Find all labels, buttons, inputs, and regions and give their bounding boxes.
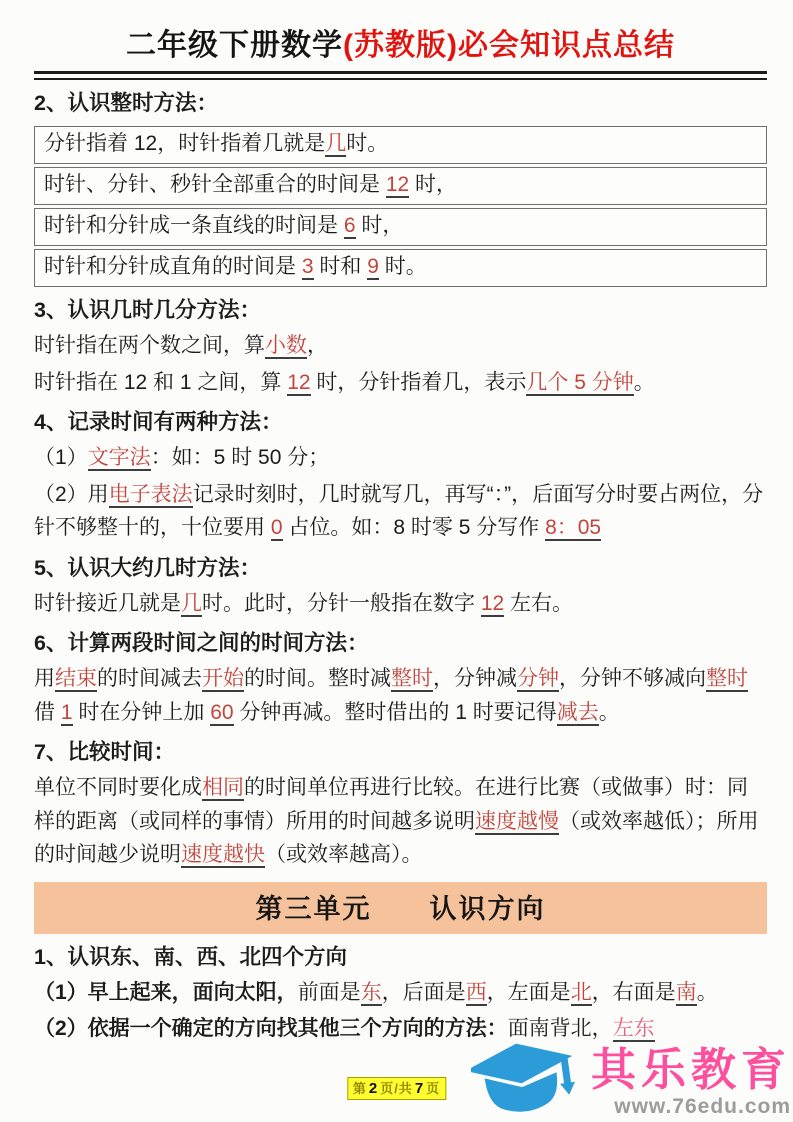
text-segment: 。 [697,981,718,1004]
table-row: 时针和分针成直角的时间是 3 时和 9 时。 [34,249,767,287]
logo-brand-name: 其乐教育 [591,1045,791,1095]
paragraph: 时针接近几就是几时。此时，分针一般指在数字 12 左右。 [34,587,767,621]
highlighted-term: 分钟 [517,667,559,692]
section-heading: 7、比较时间： [34,737,767,768]
highlighted-term: 速度越慢 [475,810,559,835]
text-segment: （或效率越高）。 [265,843,423,866]
text-segment: ，分钟减 [433,667,517,690]
logo-text: 其乐教育 www.76edu.com [591,1045,791,1120]
page-title: 二年级下册数学(苏教版)必会知识点总结 [34,26,767,66]
badge-suffix: 页 [426,1081,440,1096]
page-number-badge: 第2页/共7页 [347,1077,446,1100]
highlighted-term: 小数 [265,334,307,359]
highlighted-term: 0 [271,516,283,541]
highlighted-term: 12 [481,592,504,617]
highlighted-term: 12 [287,371,310,396]
table-row: 时针、分针、秒针全部重合的时间是 12 时， [34,167,767,205]
highlighted-term: 南 [676,981,697,1006]
paragraph: 时针指在 12 和 1 之间，算 12 时，分针指着几，表示几个 5 分钟。 [34,366,767,400]
highlighted-term: 开始 [202,667,244,692]
text-segment: ：如：5 时 50 分； [151,446,330,469]
badge-prefix: 第 [353,1081,367,1096]
text-segment: （1）早上起来，面向太阳， [34,981,298,1004]
highlighted-term: 8：05 [545,516,601,541]
paragraph: 单位不同时要化成相同的时间单位再进行比较。在进行比赛（或做事）时：同样的距离（或… [34,771,767,872]
text-segment: 时针接近几就是 [34,592,181,615]
highlighted-term: 电子表法 [109,483,193,508]
watermark-logo: 其乐教育 www.76edu.com [471,1036,791,1120]
highlighted-term: 结束 [55,667,97,692]
text-segment: 时。此时，分针一般指在数字 [202,592,481,615]
highlighted-term: 9 [367,255,379,280]
highlighted-term: 北 [571,981,592,1006]
highlighted-term: 相同 [202,776,244,801]
section-heading: 6、计算两段时间之间的时间方法： [34,628,767,659]
highlighted-term: 几个 5 分钟 [526,371,633,396]
text-segment: 时针指在 12 和 1 之间，算 [34,371,287,394]
highlighted-term: 1 [61,701,73,726]
text-segment: 。 [634,371,655,394]
paragraph: （1）早上起来，面向太阳，前面是东，后面是西，左面是北，右面是南。 [34,976,767,1010]
rules-table: 分针指着 12，时针指着几就是几时。时针、分针、秒针全部重合的时间是 12 时，… [34,126,767,287]
text-segment: 占位。如：8 时零 5 分写作 [283,516,546,539]
highlighted-term: 东 [361,981,382,1006]
highlighted-term: 速度越快 [181,843,265,868]
section-heading: 5、认识大约几时方法： [34,553,767,584]
unit-banner: 第三单元 认识方向 [34,882,767,934]
text-segment: 分钟再减。整时借出的 1 时要记得 [234,701,557,724]
text-segment: ，左面是 [487,981,571,1004]
text-segment: 分针指着 12，时针指着几就是 [44,132,325,155]
title-double-rule [34,71,767,80]
paragraph: 用结束的时间减去开始的时间。整时减整时，分钟减分钟，分钟不够减向整时借 1 时在… [34,662,767,729]
highlighted-term: 3 [302,255,314,280]
text-segment: 用 [34,667,55,690]
highlighted-term: 文字法 [88,446,151,471]
graduation-cap-icon [471,1036,589,1120]
text-segment: 时在分钟上加 [73,701,211,724]
text-segment: （2）依据一个确定的方向找其他三个方向的方法： [34,1017,508,1040]
highlighted-term: 60 [210,701,233,726]
section-heading: 4、记录时间有两种方法： [34,407,767,438]
highlighted-term: 西 [466,981,487,1006]
text-segment: 左右。 [504,592,573,615]
highlighted-term: 整时 [391,667,433,692]
highlighted-term: 几 [181,592,202,617]
text-segment: 时，分针指着几，表示 [311,371,527,394]
text-segment: 时， [356,214,404,237]
document-page: 二年级下册数学(苏教版)必会知识点总结 2、认识整时方法：分针指着 12，时针指… [0,0,793,1122]
text-segment: 时， [409,173,457,196]
paragraph: （2）用电子表法记录时刻时，几时就写几，再写“：”，后面写分时要占两位，分针不够… [34,478,767,545]
paragraph: （1）文字法：如：5 时 50 分； [34,441,767,475]
text-segment: （2）用 [34,483,109,506]
text-segment: 时。 [346,132,388,155]
text-segment: ， [307,334,328,357]
text-segment: 的时间。整时减 [244,667,391,690]
current-page-number: 2 [367,1080,380,1097]
text-segment: ，后面是 [382,981,466,1004]
table-row: 时针和分针成一条直线的时间是 6 时， [34,208,767,246]
text-segment: （1） [34,446,88,469]
section-heading: 2、认识整时方法： [34,88,767,119]
text-segment: 前面是 [298,981,361,1004]
section-heading: 1、认识东、南、西、北四个方向 [34,942,767,973]
document-content: 二年级下册数学(苏教版)必会知识点总结 2、认识整时方法：分针指着 12，时针指… [0,0,793,1046]
text-segment: 时针和分针成一条直线的时间是 [44,214,344,237]
text-segment: 的时间减去 [97,667,202,690]
text-segment: 单位不同时要化成 [34,776,202,799]
highlighted-term: 6 [344,214,356,239]
highlighted-term: 减去 [557,701,599,726]
text-segment: 借 [34,701,61,724]
text-segment: 时针和分针成直角的时间是 [44,255,302,278]
highlighted-term: 几 [325,132,346,157]
text-segment: 时针、分针、秒针全部重合的时间是 [44,173,386,196]
text-segment: 。 [599,701,620,724]
table-row: 分针指着 12，时针指着几就是几时。 [34,126,767,164]
logo-website-url: www.76edu.com [614,1095,791,1118]
highlighted-term: 整时 [706,667,748,692]
text-segment: ，右面是 [592,981,676,1004]
badge-mid: 页/共 [380,1081,413,1096]
section-heading: 3、认识几时几分方法： [34,295,767,326]
title-black-part: 二年级下册数学 [126,29,343,62]
document-body: 2、认识整时方法：分针指着 12，时针指着几就是几时。时针、分针、秒针全部重合的… [34,88,767,1046]
highlighted-term: 12 [386,173,409,198]
text-segment: 时。 [379,255,427,278]
text-segment: 时针指在两个数之间，算 [34,334,265,357]
text-segment: ，分钟不够减向 [559,667,706,690]
total-page-number: 7 [413,1080,426,1097]
title-red-part: (苏教版)必会知识点总结 [343,29,675,62]
paragraph: 时针指在两个数之间，算小数， [34,329,767,363]
text-segment: 时和 [314,255,368,278]
